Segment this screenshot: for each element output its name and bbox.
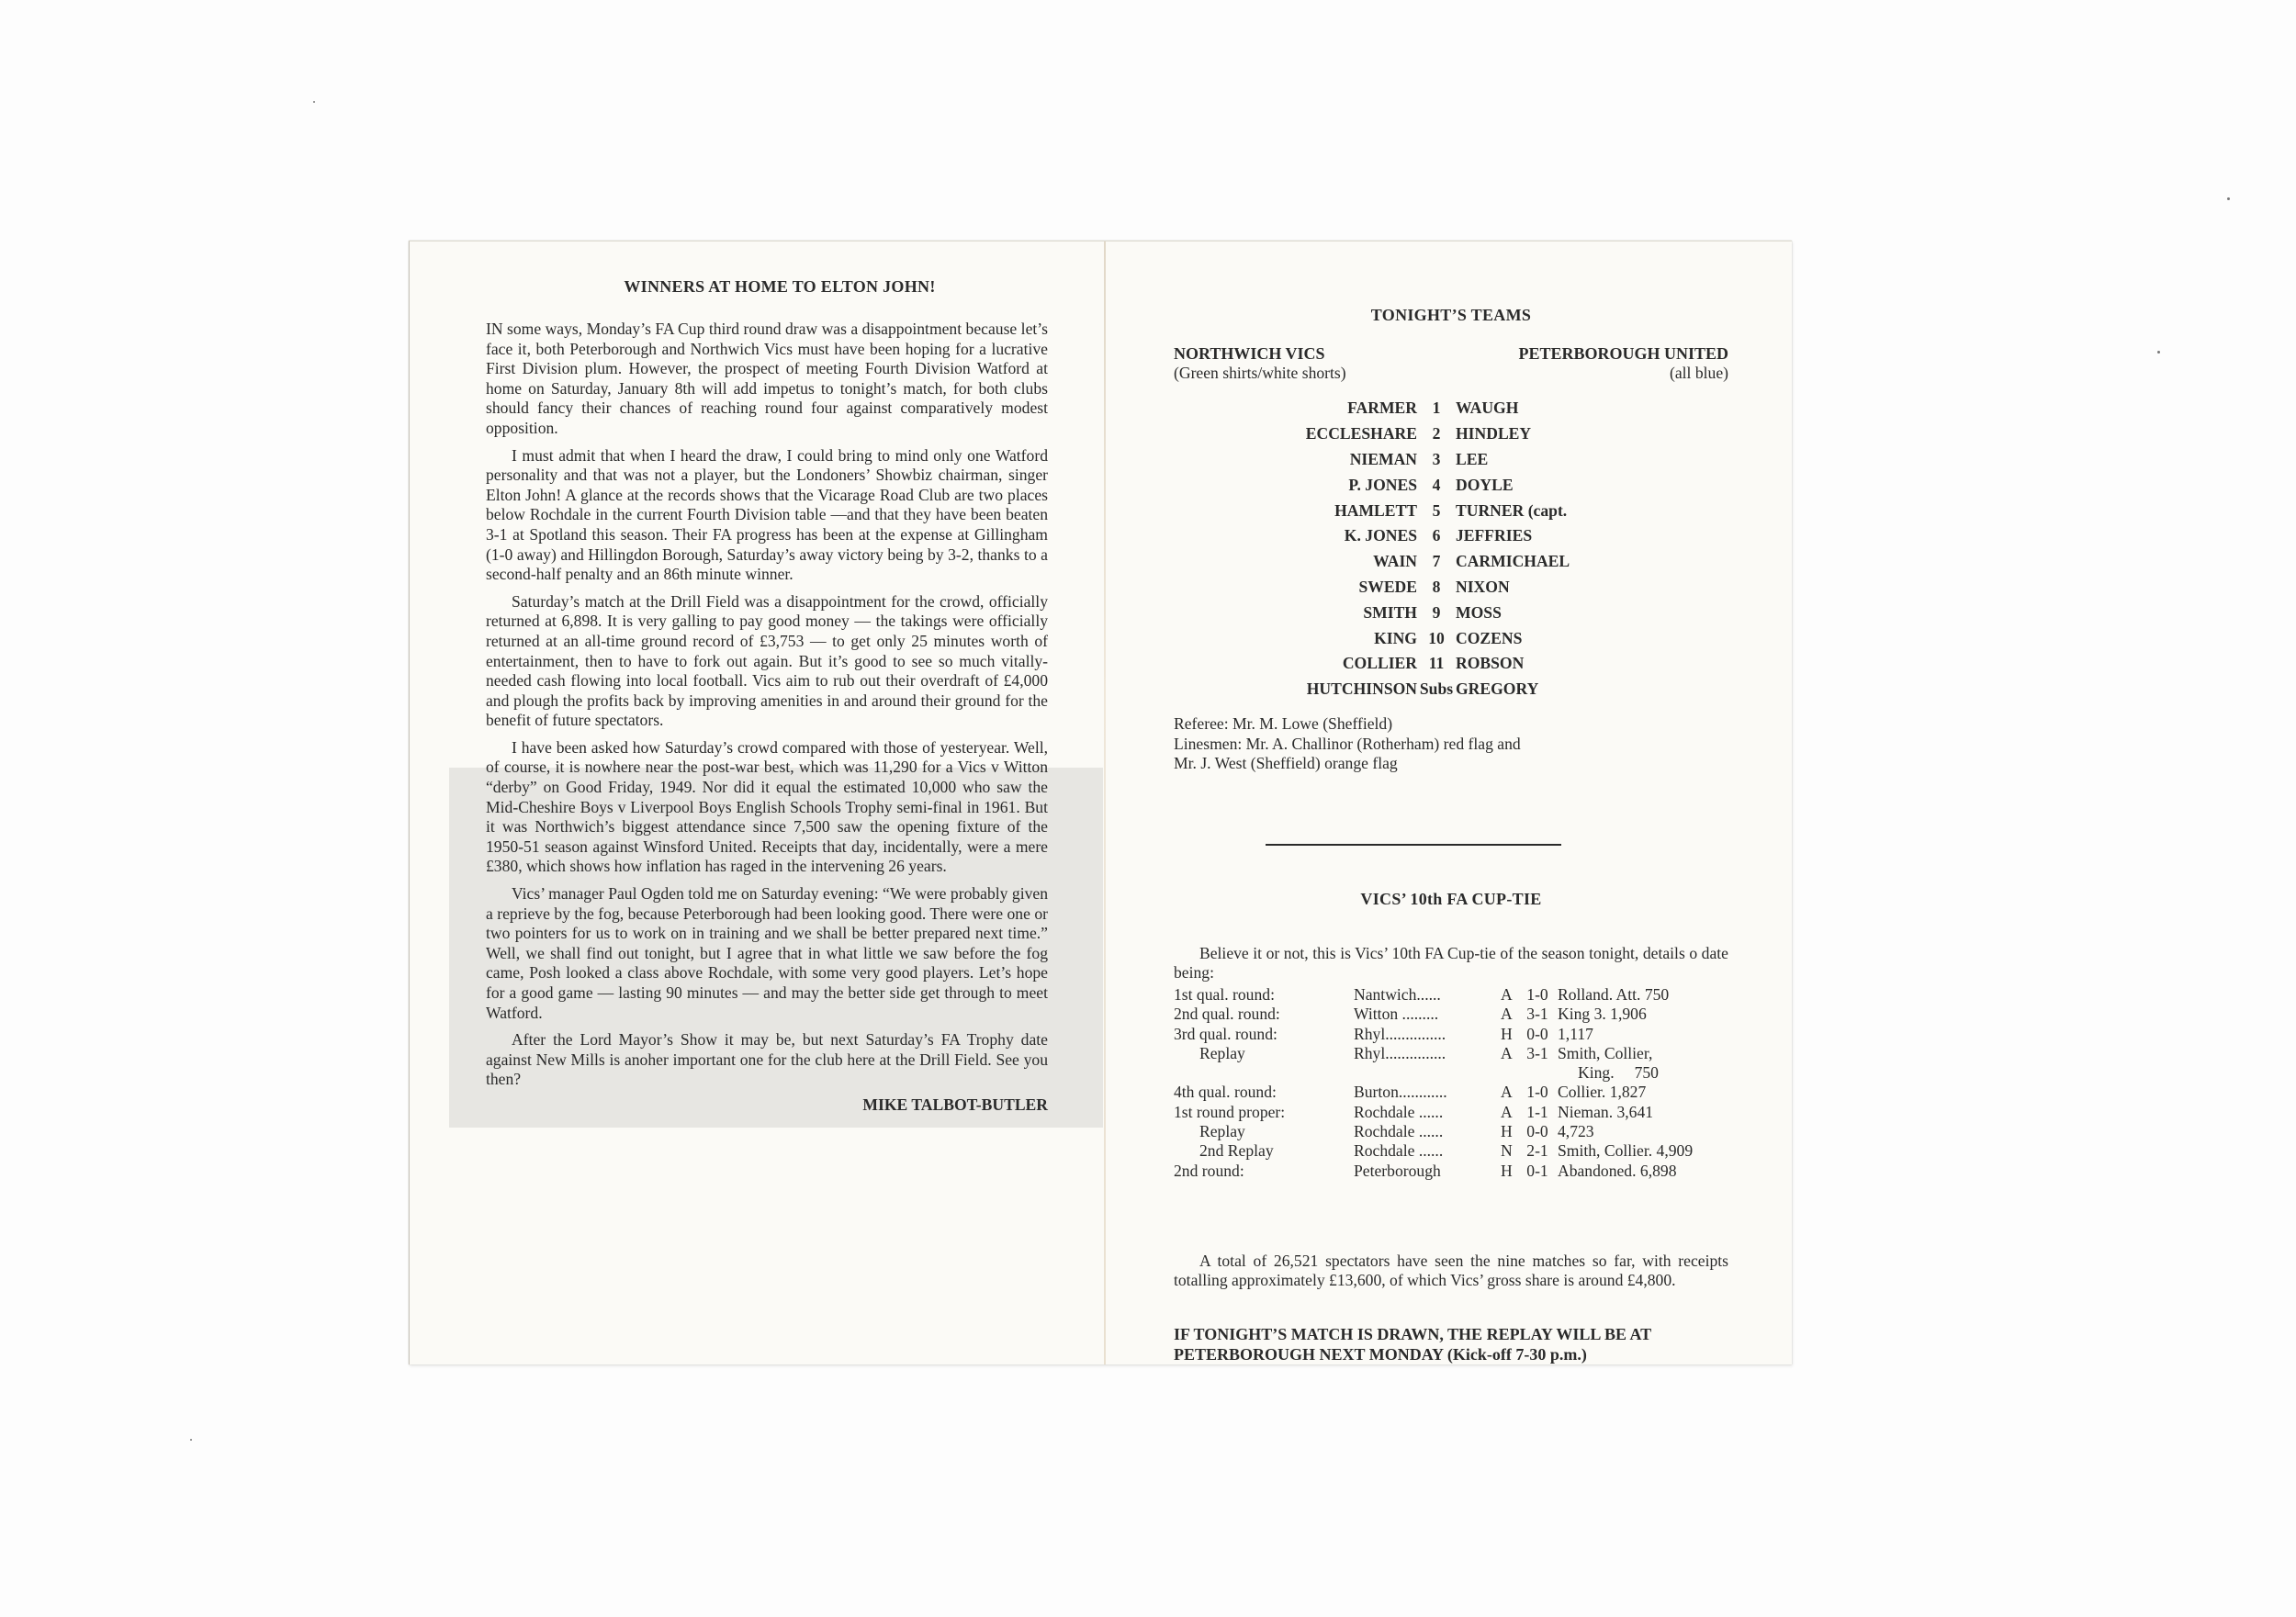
shirt-number: 7: [1417, 552, 1456, 571]
round-label: 2nd qual. round:: [1174, 1005, 1354, 1024]
replay-notice: IF TONIGHT’S MATCH IS DRAWN, THE REPLAY …: [1174, 1324, 1736, 1364]
cup-run-title: VICS’ 10th FA CUP-TIE: [1174, 890, 1728, 909]
team-headers: NORTHWICH VICS PETERBOROUGH UNITED (Gree…: [1174, 344, 1728, 383]
round-label: Replay: [1174, 1044, 1354, 1063]
result-row: 2nd round:PeterboroughH0-1Abandoned. 6,8…: [1174, 1162, 1728, 1181]
away-team-kit: (all blue): [1670, 364, 1728, 383]
linesman-line: Linesmen: Mr. A. Challinor (Rotherham) r…: [1174, 735, 1728, 755]
away-player: GREGORY: [1456, 679, 1728, 699]
away-player: LEE: [1456, 450, 1728, 469]
article-body: IN some ways, Monday’s FA Cup third roun…: [486, 320, 1048, 1116]
shirt-number: 10: [1417, 629, 1456, 648]
home-team-kit: (Green shirts/white shorts): [1174, 364, 1346, 383]
score: 1-1: [1517, 1103, 1558, 1122]
home-player: HAMLETT: [1174, 501, 1417, 521]
away-team-name: PETERBOROUGH UNITED: [1518, 344, 1728, 364]
result-row: 1st round proper:Rochdale ......A1-1Niem…: [1174, 1103, 1728, 1122]
lineup-row: SWEDE8NIXON: [1174, 575, 1728, 601]
centre-fold: [1104, 241, 1106, 1364]
result-row: 3rd qual. round:Rhyl...............H0-01…: [1174, 1025, 1728, 1044]
score: 1-0: [1517, 1083, 1558, 1102]
attendance-summary-text: A total of 26,521 spectators have seen t…: [1174, 1252, 1728, 1289]
shirt-number: 3: [1417, 450, 1456, 469]
article-paragraph: Saturday’s match at the Drill Field was …: [486, 592, 1048, 731]
team-lineup: FARMER1WAUGHECCLESHARE2HINDLEYNIEMAN3LEE…: [1174, 396, 1728, 702]
round-label: 3rd qual. round:: [1174, 1025, 1354, 1044]
cup-run-intro: Believe it or not, this is Vics’ 10th FA…: [1174, 944, 1728, 983]
home-player: KING: [1174, 629, 1417, 648]
article-paragraph: Vics’ manager Paul Ogden told me on Satu…: [486, 884, 1048, 1023]
away-player: CARMICHAEL: [1456, 552, 1728, 571]
lineup-row: WAIN7CARMICHAEL: [1174, 549, 1728, 575]
result-row: 2nd ReplayRochdale ......N2-1Smith, Coll…: [1174, 1141, 1728, 1161]
shirt-number: 5: [1417, 501, 1456, 521]
lineup-row: P. JONES4DOYLE: [1174, 472, 1728, 498]
opponent: Rochdale ......: [1354, 1141, 1501, 1161]
cup-results-table: 1st qual. round:Nantwich......A1-0Rollan…: [1174, 985, 1728, 1181]
referee-line: Referee: Mr. M. Lowe (Sheffield): [1174, 714, 1728, 735]
venue: N: [1501, 1141, 1517, 1161]
score: 3-1: [1517, 1005, 1558, 1024]
scorers-attendance: Collier. 1,827: [1558, 1083, 1728, 1102]
opponent: Nantwich......: [1354, 985, 1501, 1005]
shirt-number: 6: [1417, 526, 1456, 545]
shirt-number: 1: [1417, 399, 1456, 418]
scorers-attendance: Rolland. Att. 750: [1558, 985, 1728, 1005]
away-player: ROBSON: [1456, 654, 1728, 673]
home-player: WAIN: [1174, 552, 1417, 571]
shirt-number: 11: [1417, 654, 1456, 673]
cup-run-intro-text: Believe it or not, this is Vics’ 10th FA…: [1174, 944, 1728, 982]
lineup-row: SMITH9MOSS: [1174, 600, 1728, 625]
section-divider: [1266, 844, 1561, 846]
scorers-attendance: Smith, Collier. 4,909: [1558, 1141, 1728, 1161]
venue: H: [1501, 1162, 1517, 1181]
home-player: P. JONES: [1174, 476, 1417, 495]
score: 1-0: [1517, 985, 1558, 1005]
teams-title: TONIGHT’S TEAMS: [1174, 306, 1728, 325]
lineup-row: KING10COZENS: [1174, 625, 1728, 651]
round-label: 2nd round:: [1174, 1162, 1354, 1181]
article-byline: MIKE TALBOT-BUTLER: [486, 1095, 1048, 1116]
result-row: 4th qual. round:Burton............A1-0Co…: [1174, 1083, 1728, 1102]
opponent: Peterborough: [1354, 1162, 1501, 1181]
scan-speck: [2157, 351, 2160, 354]
home-player: FARMER: [1174, 399, 1417, 418]
scorers-attendance: King 3. 1,906: [1558, 1005, 1728, 1024]
lineup-row: COLLIER11ROBSON: [1174, 651, 1728, 677]
away-player: TURNER (capt.: [1456, 501, 1728, 521]
home-player: ECCLESHARE: [1174, 424, 1417, 444]
match-officials: Referee: Mr. M. Lowe (Sheffield) Linesme…: [1174, 714, 1728, 774]
opponent: Rochdale ......: [1354, 1103, 1501, 1122]
opponent: Rhyl...............: [1354, 1044, 1501, 1063]
scorers-attendance: Smith, Collier,: [1558, 1044, 1728, 1063]
home-player: HUTCHINSON: [1174, 679, 1417, 699]
scan-speck: [2227, 197, 2230, 200]
away-player: NIXON: [1456, 578, 1728, 597]
programme-sheet: WINNERS AT HOME TO ELTON JOHN! IN some w…: [409, 241, 1792, 1364]
article-paragraph: After the Lord Mayor’s Show it may be, b…: [486, 1030, 1048, 1090]
round-label: 4th qual. round:: [1174, 1083, 1354, 1102]
score: 3-1: [1517, 1044, 1558, 1063]
venue: A: [1501, 1083, 1517, 1102]
scan-speck: [313, 101, 315, 103]
score: 0-0: [1517, 1025, 1558, 1044]
scorers-attendance: 4,723: [1558, 1122, 1728, 1141]
venue: A: [1501, 1103, 1517, 1122]
score: 0-1: [1517, 1162, 1558, 1181]
result-row: ReplayRhyl...............A3-1Smith, Coll…: [1174, 1044, 1728, 1063]
opponent: Witton .........: [1354, 1005, 1501, 1024]
round-label: Replay: [1174, 1122, 1354, 1141]
shirt-number: 4: [1417, 476, 1456, 495]
round-label: 1st round proper:: [1174, 1103, 1354, 1122]
score: 0-0: [1517, 1122, 1558, 1141]
venue: A: [1501, 985, 1517, 1005]
away-player: DOYLE: [1456, 476, 1728, 495]
scorers-attendance: Nieman. 3,641: [1558, 1103, 1728, 1122]
lineup-row: FARMER1WAUGH: [1174, 396, 1728, 421]
result-row: ReplayRochdale ......H0-04,723: [1174, 1122, 1728, 1141]
lineup-row: K. JONES6JEFFRIES: [1174, 523, 1728, 549]
article-paragraph: IN some ways, Monday’s FA Cup third roun…: [486, 320, 1048, 439]
attendance-summary: A total of 26,521 spectators have seen t…: [1174, 1252, 1728, 1291]
score: 2-1: [1517, 1141, 1558, 1161]
home-player: K. JONES: [1174, 526, 1417, 545]
home-team-name: NORTHWICH VICS: [1174, 344, 1325, 364]
away-player: WAUGH: [1456, 399, 1728, 418]
shirt-number: Subs: [1417, 679, 1456, 699]
article-paragraph: I have been asked how Saturday’s crowd c…: [486, 738, 1048, 877]
opponent: Burton............: [1354, 1083, 1501, 1102]
round-label: 2nd Replay: [1174, 1141, 1354, 1161]
scorers-attendance: 1,117: [1558, 1025, 1728, 1044]
opponent: Rochdale ......: [1354, 1122, 1501, 1141]
home-player: COLLIER: [1174, 654, 1417, 673]
away-player: COZENS: [1456, 629, 1728, 648]
shirt-number: 9: [1417, 603, 1456, 623]
round-label: 1st qual. round:: [1174, 985, 1354, 1005]
away-player: HINDLEY: [1456, 424, 1728, 444]
venue: A: [1501, 1044, 1517, 1063]
home-player: SWEDE: [1174, 578, 1417, 597]
lineup-row: HAMLETT5TURNER (capt.: [1174, 498, 1728, 523]
away-player: MOSS: [1456, 603, 1728, 623]
venue: H: [1501, 1122, 1517, 1141]
result-row: 1st qual. round:Nantwich......A1-0Rollan…: [1174, 985, 1728, 1005]
linesman-line: Mr. J. West (Sheffield) orange flag: [1174, 754, 1728, 774]
article-paragraph: I must admit that when I heard the draw,…: [486, 446, 1048, 585]
lineup-row: ECCLESHARE2HINDLEY: [1174, 421, 1728, 447]
home-player: NIEMAN: [1174, 450, 1417, 469]
article-title: WINNERS AT HOME TO ELTON JOHN!: [486, 277, 1074, 297]
opponent: Rhyl...............: [1354, 1025, 1501, 1044]
venue: H: [1501, 1025, 1517, 1044]
scorers-attendance: Abandoned. 6,898: [1558, 1162, 1728, 1181]
shirt-number: 8: [1417, 578, 1456, 597]
venue: A: [1501, 1005, 1517, 1024]
scan-speck: [190, 1439, 192, 1441]
shirt-number: 2: [1417, 424, 1456, 444]
away-player: JEFFRIES: [1456, 526, 1728, 545]
result-continuation: King. 750: [1174, 1063, 1728, 1083]
lineup-row: HUTCHINSONSubsGREGORY: [1174, 677, 1728, 702]
home-player: SMITH: [1174, 603, 1417, 623]
result-row: 2nd qual. round:Witton .........A3-1King…: [1174, 1005, 1728, 1024]
lineup-row: NIEMAN3LEE: [1174, 447, 1728, 473]
